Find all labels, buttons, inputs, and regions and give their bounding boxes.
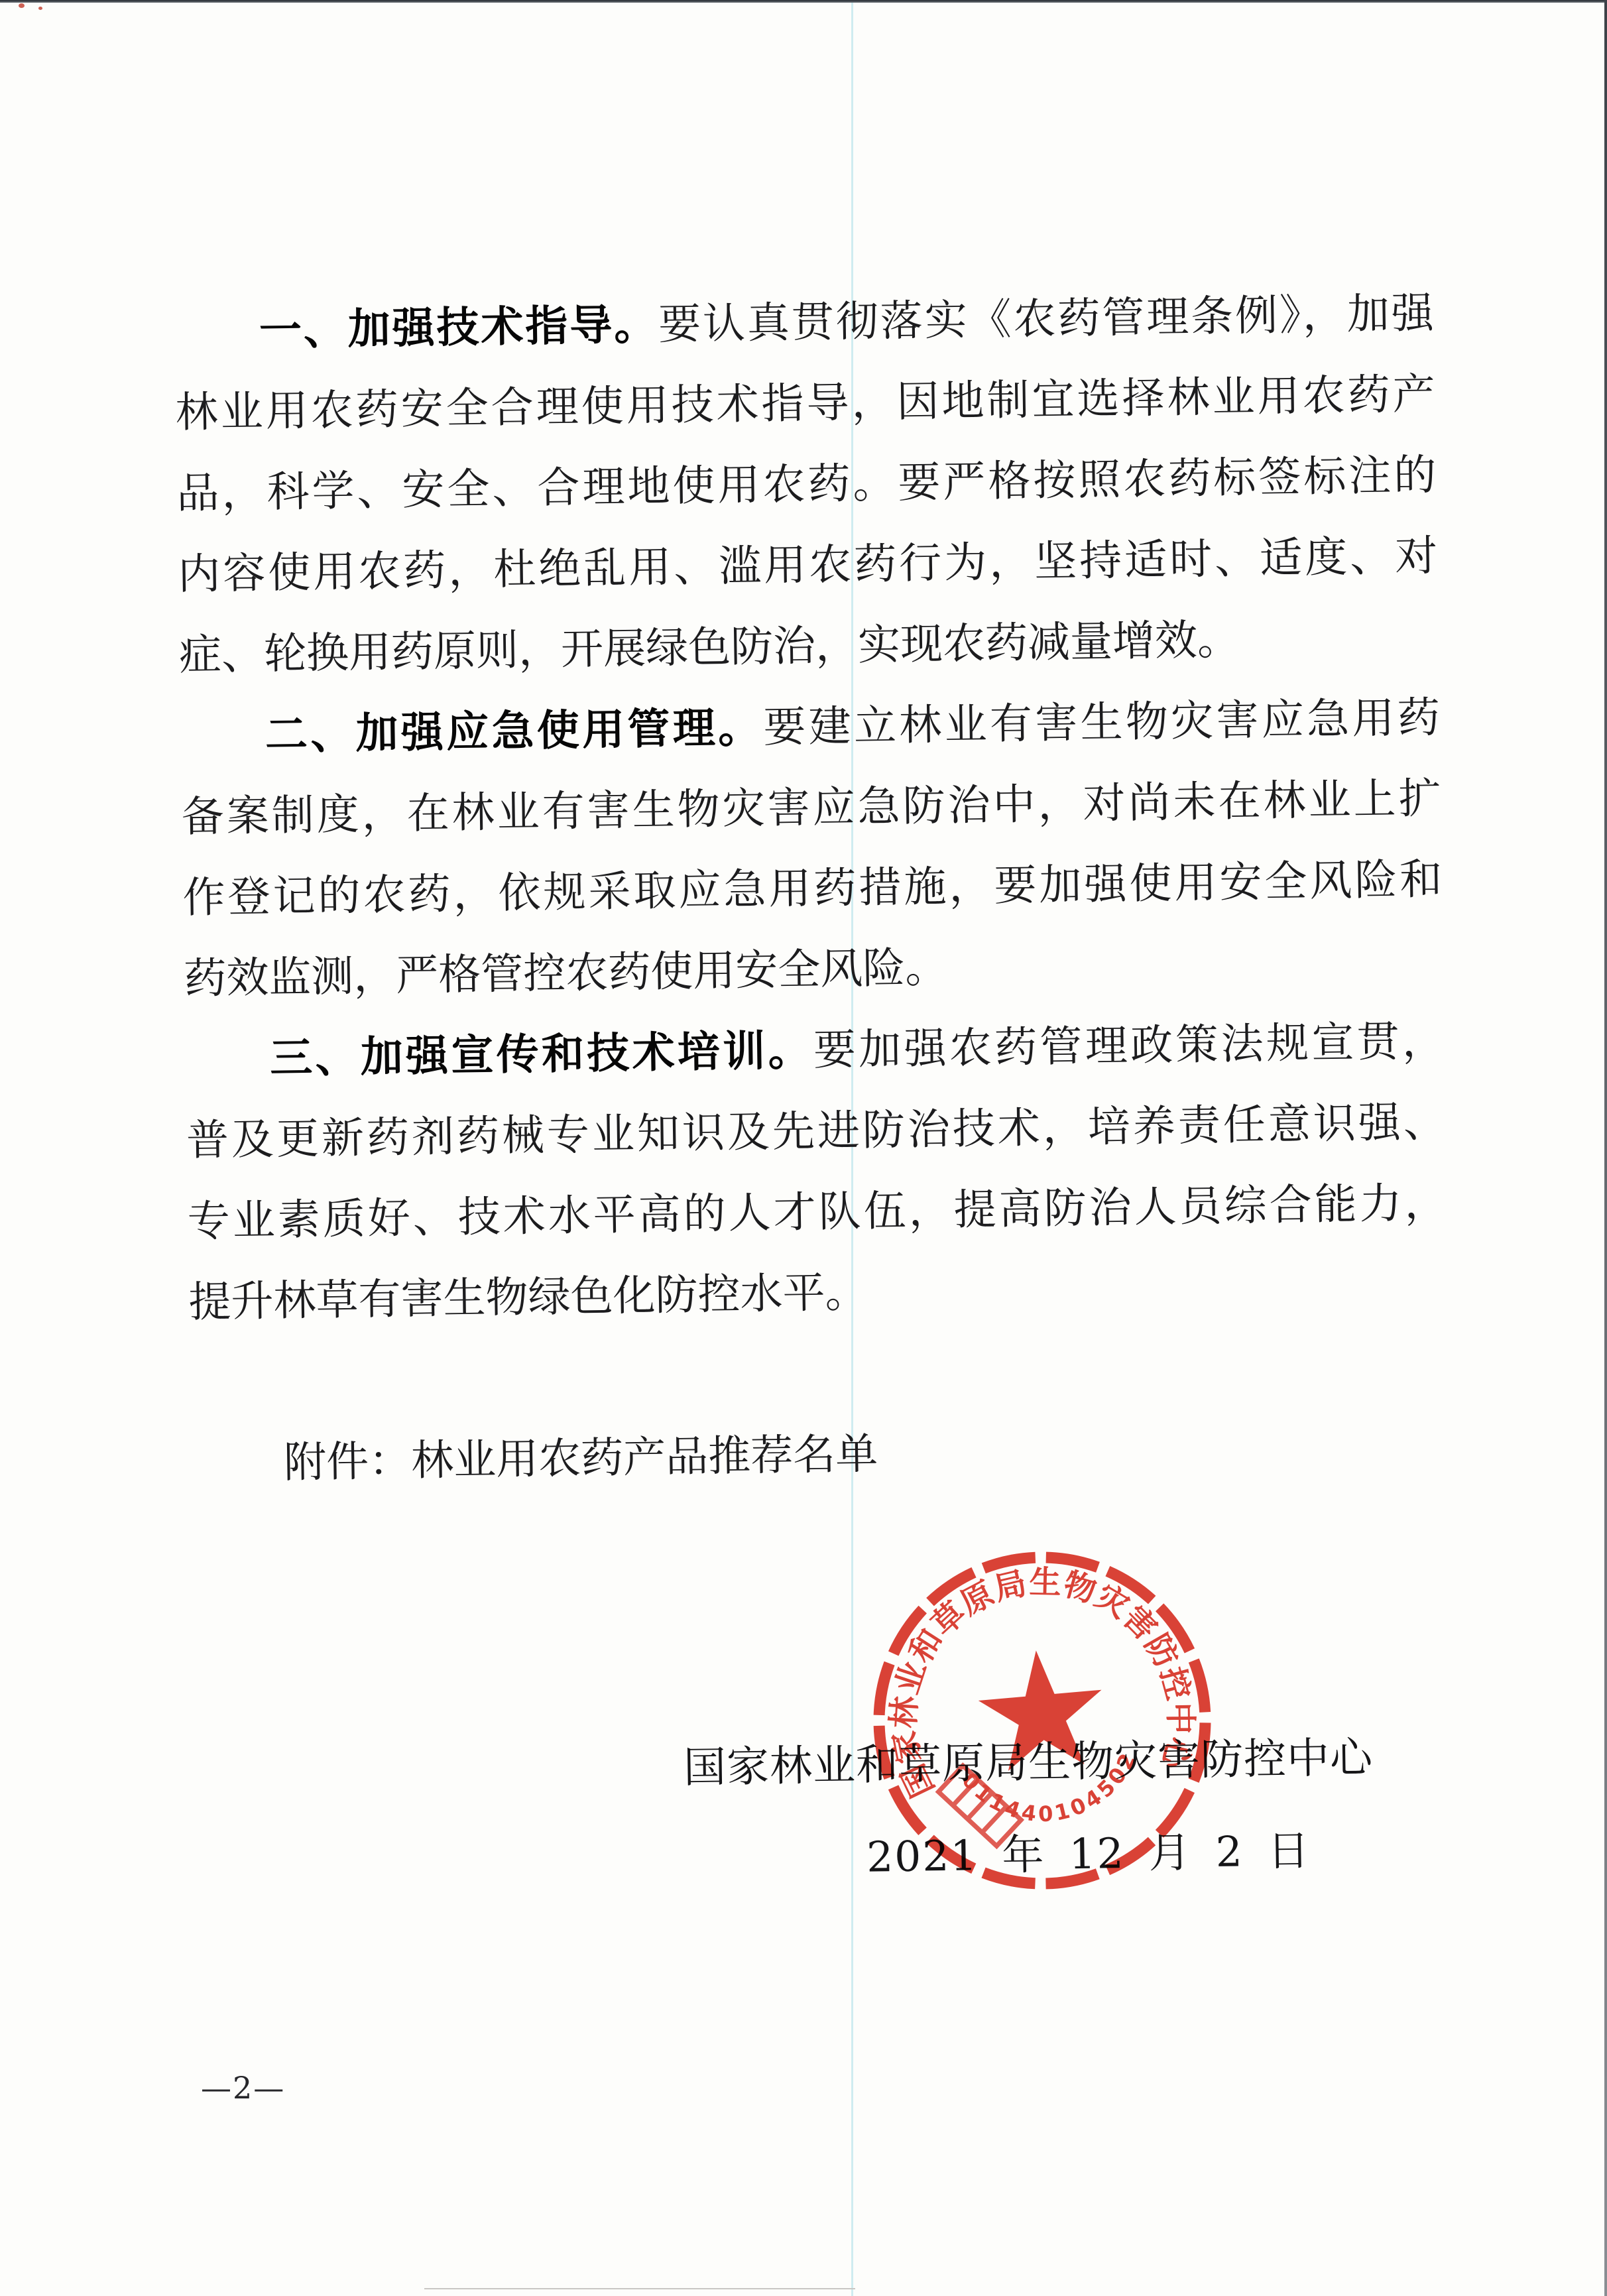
official-seal: 国家林业和草原局生物灾害防控中心 0114401045022 [848,1526,1236,1914]
scan-speck [38,7,42,10]
scan-edge-right [1604,0,1607,2296]
document-body: 一、加强技术指导。要认真贯彻落实《农药管理条例》，加强 林业用农药安全合理使用技… [174,273,1462,2214]
paragraph-heading: 三、加强宣传和技术培训。 [270,1026,814,1083]
scan-edge-bottom [424,2288,855,2289]
scan-speck [19,3,25,8]
attachment-line: 附件：林业用农药产品推荐名单 [190,1406,1451,1505]
paragraph-heading: 二、加强应急使用管理。 [265,703,764,760]
body-text: 要认真贯彻落实《农药管理条例》，加强 [658,289,1435,349]
paragraph-heading: 一、加强技术指导。 [259,300,658,355]
seal-star-icon [975,1645,1108,1773]
scan-edge-top [0,0,1607,3]
page-number: —2— [201,2070,285,2106]
body-text: 要加强农药管理政策法规宣贯， [813,1017,1445,1075]
body-text: 要建立林业有害生物灾害应急用药 [763,694,1440,753]
scanned-document-page: 一、加强技术指导。要认真贯彻落实《农药管理条例》，加强 林业用农药安全合理使用技… [0,0,1607,2296]
